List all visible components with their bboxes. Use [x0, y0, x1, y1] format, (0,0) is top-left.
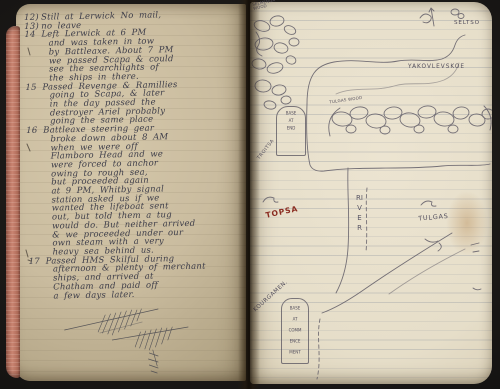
- diary-entries: 12)Still at Lerwick No mail,13)no leave1…: [24, 10, 243, 301]
- entry-lines: Battleaxe steering gearbroke down about …: [43, 123, 242, 257]
- base-at-commencement-box: BASE AT COMM ENCE MENT: [281, 298, 309, 364]
- pencil-scribble: [54, 300, 204, 382]
- left-page: 12)Still at Lerwick No mail,13)no leave1…: [16, 4, 246, 381]
- river-and-road-lines: [307, 35, 490, 379]
- diary-entry: 15Passed Revenge & Ramilliesgoing to Sca…: [25, 80, 240, 128]
- margin-tick-marks: [24, 4, 34, 381]
- base-at-end-box: BASE AT END: [276, 106, 306, 156]
- diary-entry: 14Left Lerwick at 6 PMand was taken in t…: [24, 27, 239, 83]
- map-label-river: RIVER: [355, 193, 364, 233]
- map-label-yakovlevskoe: YAKOVLEVSKOE: [408, 63, 465, 69]
- entry-lines: Left Lerwick at 6 PMand was taken in tow…: [41, 27, 239, 83]
- map-label-seltso: SELTSO: [454, 19, 480, 25]
- diary-entry: 17Passed HMS Skilful duringafternoon & p…: [29, 254, 244, 302]
- tulgas-wood-sketch: [329, 105, 492, 136]
- base-at-commencement-text: BASE AT COMM ENCE MENT: [282, 299, 308, 358]
- base-at-end-text: BASE AT END: [277, 107, 305, 132]
- notebook-photo: 12)Still at Lerwick No mail,13)no leave1…: [0, 0, 500, 389]
- page-gutter: [238, 0, 260, 389]
- entry-lines: Passed Revenge & Ramilliesgoing to Scapa…: [42, 80, 240, 127]
- right-page: SELMENGA WOOD SELTSO YAKOVLEVSKOE TROITS…: [250, 2, 492, 384]
- entry-lines: Passed HMS Skilful duringafternoon & ple…: [46, 254, 244, 301]
- red-page-edge: [6, 26, 20, 378]
- diary-entry: 16Battleaxe steering gearbroke down abou…: [26, 123, 242, 258]
